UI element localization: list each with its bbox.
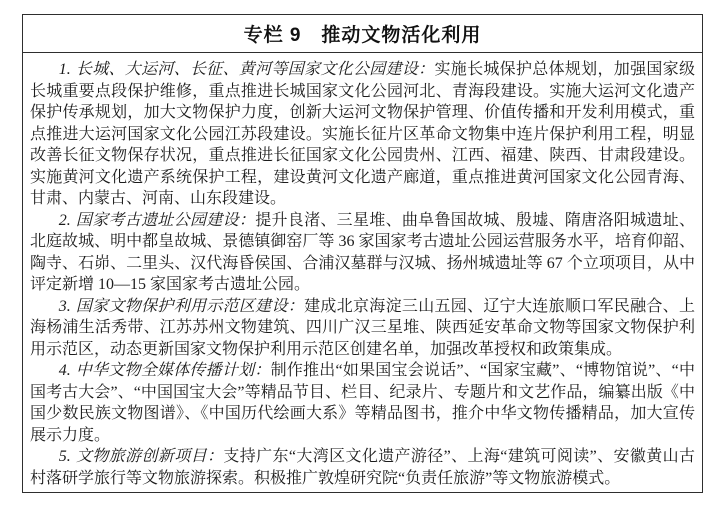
item-body-text: 实施长城保护总体规划，加强国家级长城重要点段保护维修，重点推进长城国家文化公园河… bbox=[30, 61, 695, 207]
item-number: 2. bbox=[59, 212, 71, 229]
paragraph-item-3: 3.国家文物保护利用示范区建设：建成北京海淀三山五园、辽宁大连旅顺口军民融合、上… bbox=[30, 296, 695, 361]
panel-title-bar: 专栏 9 推动文物活化利用 bbox=[23, 15, 702, 53]
item-lead-label: 中华文物全媒体传播计划： bbox=[76, 362, 271, 379]
panel-title: 专栏 9 推动文物活化利用 bbox=[244, 20, 482, 47]
item-number: 4. bbox=[59, 362, 71, 379]
item-number: 5. bbox=[59, 448, 71, 465]
item-lead-label: 国家考古遗址公园建设： bbox=[76, 212, 256, 229]
panel-body: 1.长城、大运河、长征、黄河等国家文化公园建设：实施长城保护总体规划，加强国家级… bbox=[23, 53, 702, 489]
column-panel: 专栏 9 推动文物活化利用 1.长城、大运河、长征、黄河等国家文化公园建设：实施… bbox=[22, 14, 703, 493]
item-number: 3. bbox=[59, 298, 71, 315]
item-lead-label: 文物旅游创新项目： bbox=[76, 448, 224, 465]
item-number: 1. bbox=[59, 61, 71, 78]
paragraph-item-4: 4.中华文物全媒体传播计划：制作推出“如果国宝会说话”、“国家宝藏”、“博物馆说… bbox=[30, 360, 695, 446]
item-lead-label: 长城、大运河、长征、黄河等国家文化公园建设： bbox=[76, 61, 435, 78]
item-lead-label: 国家文物保护利用示范区建设： bbox=[76, 298, 305, 315]
paragraph-item-1: 1.长城、大运河、长征、黄河等国家文化公园建设：实施长城保护总体规划，加强国家级… bbox=[30, 59, 695, 210]
paragraph-item-2: 2.国家考古遗址公园建设：提升良渚、三星堆、曲阜鲁国故城、殷墟、隋唐洛阳城遗址、… bbox=[30, 210, 695, 296]
paragraph-item-5: 5.文物旅游创新项目：支持广东“大湾区文化遗产游径”、上海“建筑可阅读”、安徽黄… bbox=[30, 446, 695, 489]
